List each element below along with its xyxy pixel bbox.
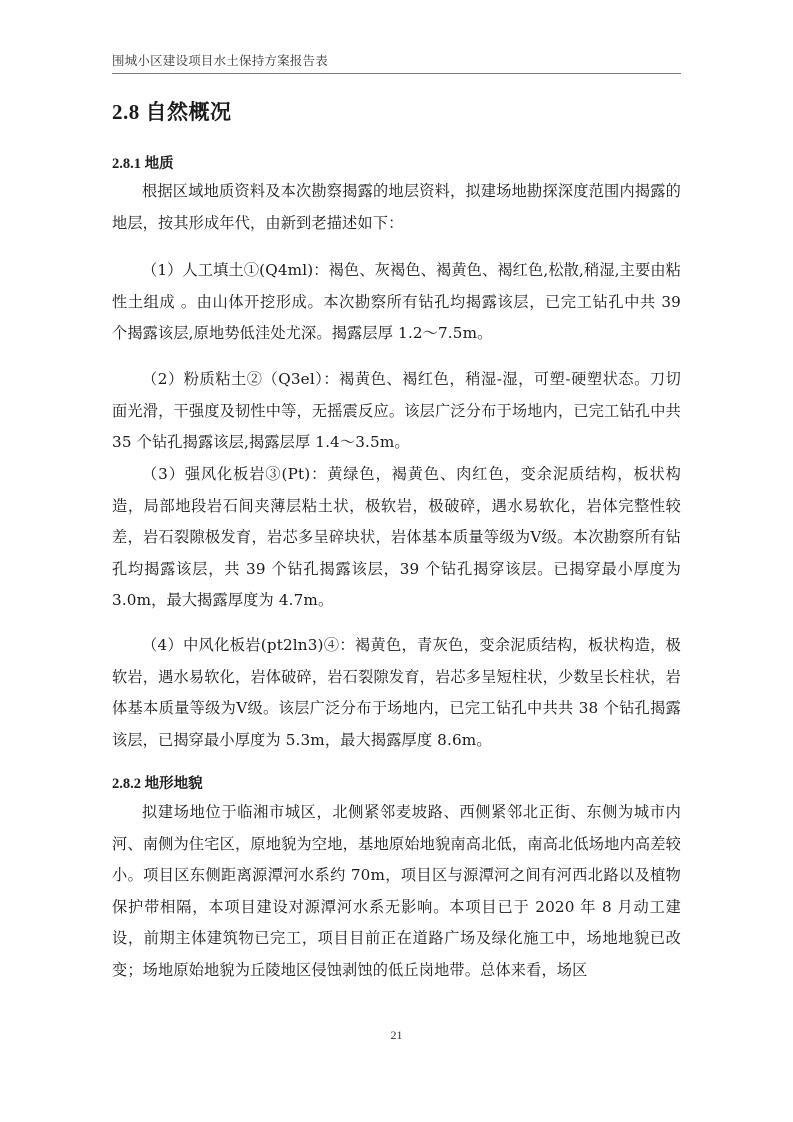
paragraph-topography: 拟建场地位于临湘市城区，北侧紧邻麦坡路、西侧紧邻北正街、东侧为城市内河、南侧为住… <box>112 797 681 986</box>
paragraph-layer-3-weathered-slate: （3）强风化板岩③(Pt)：黄绿色，褐黄色、肉红色，变余泥质结构，板状构造，局部… <box>112 459 681 617</box>
section-title: 2.8 自然概况 <box>112 96 232 126</box>
paragraph-layer-4-moderately-weathered-slate: （4）中风化板岩(pt2ln3)④：褐黄色，青灰色，变余泥质结构，板状构造，极软… <box>112 630 681 756</box>
paragraph-layer-2-silty-clay: （2）粉质粘土②（Q3el）：褐黄色、褐红色，稍湿-湿，可塑-硬塑状态。刀切面光… <box>112 364 681 459</box>
subsection-title-geology: 2.8.1 地质 <box>112 152 174 173</box>
subsection-title-topography: 2.8.2 地形地貌 <box>112 772 203 793</box>
paragraph-layer-1-fill: （1）人工填土①(Q4ml)：褐色、灰褐色、褐黄色、褐红色,松散,稍湿,主要由粘… <box>112 255 681 350</box>
document-page: 围城小区建设项目水土保持方案报告表 2.8 自然概况 2.8.1 地质 根据区域… <box>0 0 793 1122</box>
page-number: 21 <box>0 1028 793 1043</box>
paragraph-geology-intro: 根据区域地质资料及本次勘察揭露的地层资料，拟建场地勘探深度范围内揭露的地层，按其… <box>112 176 681 239</box>
running-header: 围城小区建设项目水土保持方案报告表 <box>112 51 681 74</box>
